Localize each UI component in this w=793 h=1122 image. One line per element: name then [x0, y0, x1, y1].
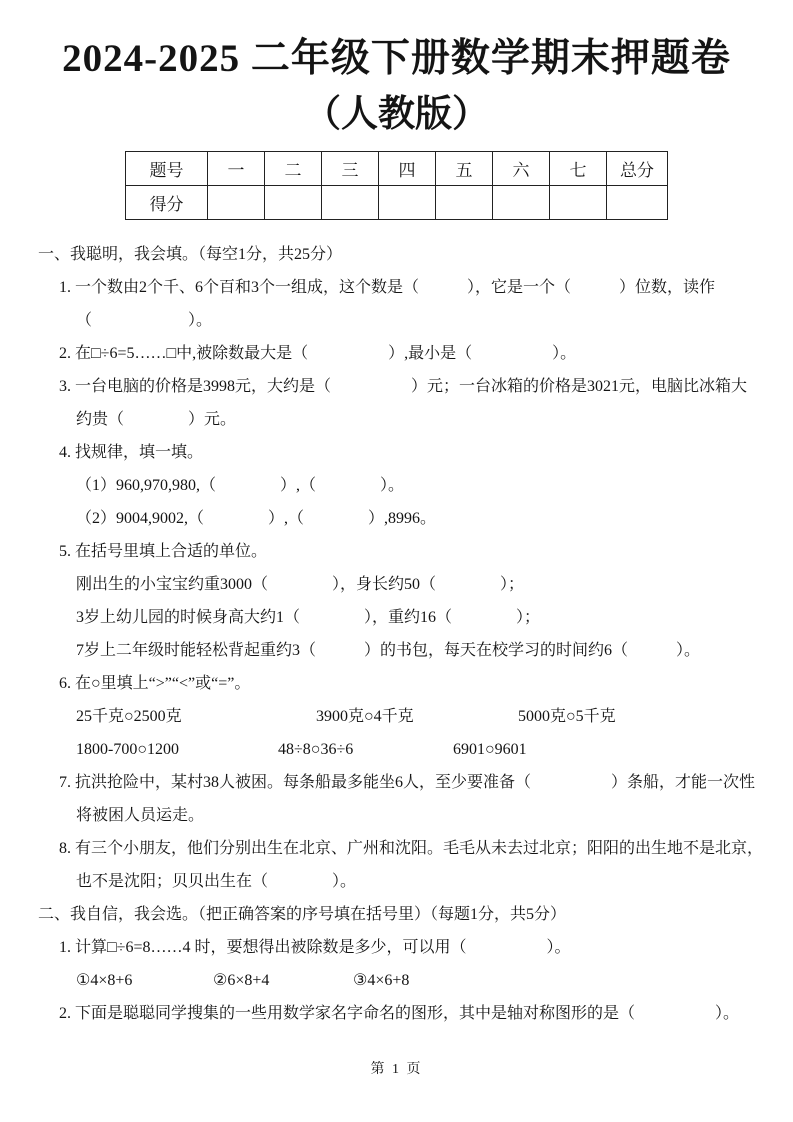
score-table-header-cell: 一	[208, 152, 265, 186]
s1-q3-line1: 3. 一台电脑的价格是3998元，大约是（ ）元；一台冰箱的价格是3021元，电…	[0, 370, 793, 403]
s1-q6-row1: 25千克○2500克3900克○4千克5000克○5千克	[0, 700, 793, 733]
s1-q6-row1-item2: 3900克○4千克	[316, 700, 518, 733]
exam-title-line1: 2024-2025 二年级下册数学期末押题卷	[0, 32, 793, 86]
exam-title: 2024-2025 二年级下册数学期末押题卷 （人教版）	[0, 0, 793, 140]
score-row-label: 得分	[126, 186, 208, 220]
score-table-header-cell: 题号	[126, 152, 208, 186]
s1-q6-row2: 1800-700○120048÷8○36÷66901○9601	[0, 733, 793, 766]
score-table-header-cell: 四	[379, 152, 436, 186]
score-table-header-cell: 五	[436, 152, 493, 186]
score-cell-empty	[265, 186, 322, 220]
s2-q1-text: 1. 计算□÷6=8……4 时，要想得出被除数是多少，可以用（ ）。	[0, 931, 793, 964]
page-number: 第 1 页	[0, 1058, 793, 1078]
score-table-header-cell: 二	[265, 152, 322, 186]
score-table-header-row: 题号 一 二 三 四 五 六 七 总分	[126, 152, 668, 186]
score-cell-empty	[493, 186, 550, 220]
s1-q4-item2: （2）9004,9002,（ ）,（ ）,8996。	[0, 502, 793, 535]
score-table-score-row: 得分	[126, 186, 668, 220]
s1-q6-row2-item1: 1800-700○1200	[76, 733, 278, 766]
score-table: 题号 一 二 三 四 五 六 七 总分 得分	[125, 151, 668, 220]
score-table-header-cell: 三	[322, 152, 379, 186]
s1-q5-intro: 5. 在括号里填上合适的单位。	[0, 535, 793, 568]
s2-q1-option3: ③4×6+8	[353, 964, 409, 997]
s1-q8-line2: 也不是沈阳；贝贝出生在（ ）。	[0, 865, 793, 898]
score-cell-empty	[322, 186, 379, 220]
score-table-header-cell: 六	[493, 152, 550, 186]
s2-q1-option1: ①4×8+6	[76, 964, 213, 997]
score-cell-empty	[379, 186, 436, 220]
s1-q4-intro: 4. 找规律，填一填。	[0, 436, 793, 469]
section-one-heading: 一、我聪明，我会填。（每空1分，共25分）	[0, 238, 793, 271]
exam-title-line2: （人教版）	[0, 90, 793, 140]
exam-body: 一、我聪明，我会填。（每空1分，共25分） 1. 一个数由2个千、6个百和3个一…	[0, 238, 793, 1030]
score-cell-empty	[436, 186, 493, 220]
s1-q1-line2: （ ）。	[0, 304, 793, 337]
s1-q7-line2: 将被困人员运走。	[0, 799, 793, 832]
exam-page: 2024-2025 二年级下册数学期末押题卷 （人教版） 题号 一 二 三 四 …	[0, 0, 793, 1122]
s1-q6-row1-item3: 5000克○5千克	[518, 700, 616, 733]
s1-q2: 2. 在□÷6=5……□中,被除数最大是（ ）,最小是（ ）。	[0, 337, 793, 370]
score-cell-empty	[208, 186, 265, 220]
s1-q6-row1-item1: 25千克○2500克	[76, 700, 316, 733]
s1-q3-line2: 约贵（ ）元。	[0, 403, 793, 436]
s2-q2: 2. 下面是聪聪同学搜集的一些用数学家名字命名的图形，其中是轴对称图形的是（ ）…	[0, 997, 793, 1030]
s1-q5-line2: 3岁上幼儿园的时候身高大约1（ ），重约16（ ）；	[0, 601, 793, 634]
s1-q7-line1: 7. 抗洪抢险中，某村38人被困。每条船最多能坐6人，至少要准备（ ）条船，才能…	[0, 766, 793, 799]
score-table-header-cell: 总分	[607, 152, 668, 186]
s1-q8-line1: 8. 有三个小朋友，他们分别出生在北京、广州和沈阳。毛毛从未去过北京；阳阳的出生…	[0, 832, 793, 865]
section-two-heading: 二、我自信，我会选。（把正确答案的序号填在括号里）（每题1分，共5分）	[0, 898, 793, 931]
s1-q6-row2-item3: 6901○9601	[453, 733, 527, 766]
s1-q4-item1: （1）960,970,980,（ ）,（ ）。	[0, 469, 793, 502]
s2-q1-option2: ②6×8+4	[213, 964, 353, 997]
score-cell-empty	[607, 186, 668, 220]
s1-q6-intro: 6. 在○里填上“>”“<”或“=”。	[0, 667, 793, 700]
s1-q1-line1: 1. 一个数由2个千、6个百和3个一组成，这个数是（ ），它是一个（ ）位数，读…	[0, 271, 793, 304]
score-cell-empty	[550, 186, 607, 220]
s1-q6-row2-item2: 48÷8○36÷6	[278, 733, 453, 766]
s1-q5-line1: 刚出生的小宝宝约重3000（ ），身长约50（ ）；	[0, 568, 793, 601]
score-table-header-cell: 七	[550, 152, 607, 186]
s2-q1-options: ①4×8+6②6×8+4③4×6+8	[0, 964, 793, 997]
s1-q5-line3: 7岁上二年级时能轻松背起重约3（ ）的书包，每天在校学习的时间约6（ ）。	[0, 634, 793, 667]
